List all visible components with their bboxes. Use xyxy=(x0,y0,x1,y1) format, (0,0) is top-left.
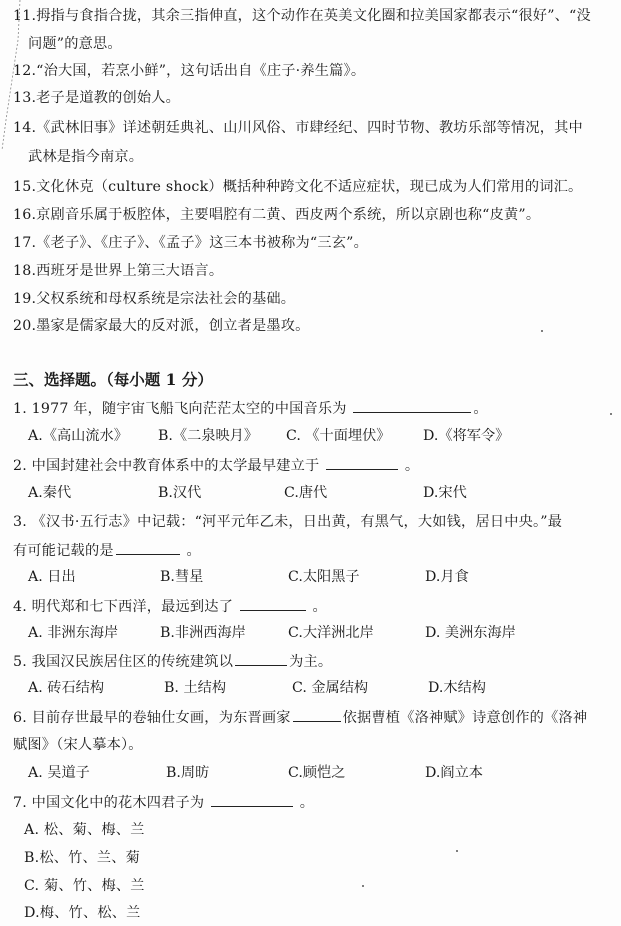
item-text: 父权系统和母权系统是宗法社会的基础。 xyxy=(36,291,295,307)
question-number: 2. xyxy=(13,458,27,474)
option-d[interactable]: D.月食 xyxy=(425,567,469,587)
option-b[interactable]: B.周昉 xyxy=(166,763,209,783)
question-stem-after: 依据曹植《洛神赋》诗意创作的《洛神 xyxy=(343,710,588,726)
mc-7-option-a[interactable]: A. 松、菊、梅、兰 xyxy=(24,820,145,840)
answer-blank[interactable] xyxy=(240,596,306,611)
item-text: 西班牙是世界上第三大语言。 xyxy=(36,263,223,279)
question-number: 1. xyxy=(13,401,27,417)
mc-question-1: 1. 1977 年，随宇宙飞船飞向茫茫太空的中国音乐为 。 xyxy=(13,398,488,419)
option-a[interactable]: A. 吴道子 xyxy=(28,763,90,783)
option-a[interactable]: A.《高山流水》 xyxy=(28,426,128,446)
option-c[interactable]: C.唐代 xyxy=(284,483,327,503)
answer-blank[interactable] xyxy=(211,792,293,807)
mc-7-option-c[interactable]: C. 菊、竹、梅、兰 xyxy=(24,876,145,896)
item-number: 19. xyxy=(13,291,36,307)
mc-7-option-d[interactable]: D.梅、竹、松、兰 xyxy=(24,903,141,923)
question-number: 3. xyxy=(13,514,27,530)
stem-end: 。 xyxy=(473,401,487,417)
scan-speck xyxy=(362,885,364,887)
answer-blank[interactable] xyxy=(235,651,287,666)
mc-question-4: 4. 明代郑和七下西洋，最远到达了 。 xyxy=(13,596,327,617)
item-text: 问题”的意思。 xyxy=(28,36,122,52)
question-stem: 1977 年，随宇宙飞船飞向茫茫太空的中国音乐为 xyxy=(32,401,347,417)
scan-speck xyxy=(456,850,458,852)
option-b[interactable]: B. 土结构 xyxy=(164,678,226,698)
answer-blank[interactable] xyxy=(116,540,180,555)
mc-question-3: 3. 《汉书·五行志》中记载：“河平元年乙未，日出黄，有黑气，大如钱，居日中央。… xyxy=(13,512,562,532)
item-text: 拇指与食指合拢，其余三指伸直，这个动作在英美文化圈和拉美国家都表示“很好”、“没 xyxy=(36,8,591,24)
question-stem: 有可能记载的是 xyxy=(13,543,114,559)
tf-item-16: 16.京剧音乐属于板腔体，主要唱腔有二黄、西皮两个系统，所以京剧也称“皮黄”。 xyxy=(13,205,540,225)
option-c[interactable]: C. 《十面埋伏》 xyxy=(286,426,391,446)
question-stem: 我国汉民族居住区的传统建筑以 xyxy=(32,654,233,670)
mc-7-option-b[interactable]: B.松、竹、兰、菊 xyxy=(24,848,140,868)
mc-question-2: 2. 中国封建社会中教育体系中的太学最早建立于 。 xyxy=(13,455,419,476)
item-number: 16. xyxy=(13,207,36,223)
question-number: 5. xyxy=(13,654,27,670)
stem-end: 。 xyxy=(405,458,419,474)
item-text: 武林是指今南京。 xyxy=(28,149,143,165)
stem-end: 为主。 xyxy=(289,654,332,670)
item-text: 文化休克（culture shock）概括种种跨文化不适应症状，现已成为人们常用… xyxy=(36,179,582,195)
stem-end: 。 xyxy=(313,599,327,615)
option-a[interactable]: A.秦代 xyxy=(28,483,71,503)
option-b[interactable]: B.彗星 xyxy=(160,567,203,587)
mc-question-6-cont: 赋图》（宋人摹本）。 xyxy=(13,735,143,755)
item-number: 18. xyxy=(13,263,36,279)
question-stem: 中国文化中的花木四君子为 xyxy=(32,795,205,811)
option-a[interactable]: A. 日出 xyxy=(28,567,76,587)
scan-speck xyxy=(610,413,612,415)
tf-item-11: 11.拇指与食指合拢，其余三指伸直，这个动作在英美文化圈和拉美国家都表示“很好”… xyxy=(13,6,591,26)
tf-item-12: 12.“治大国，若烹小鲜”，这句话出自《庄子·养生篇》。 xyxy=(13,61,365,81)
tf-item-17: 17.《老子》、《庄子》、《孟子》这三本书被称为“三玄”。 xyxy=(13,233,368,253)
item-number: 17. xyxy=(13,235,36,251)
answer-blank[interactable] xyxy=(293,707,341,722)
item-number: 13. xyxy=(13,90,36,106)
mc-question-6: 6. 目前存世最早的卷轴仕女画，为东晋画家依据曹植《洛神赋》诗意创作的《洛神 xyxy=(13,707,587,728)
item-text: 墨家是儒家最大的反对派，创立者是墨攻。 xyxy=(36,318,309,334)
question-stem: 明代郑和七下西洋，最远到达了 xyxy=(32,599,233,615)
tf-item-13: 13.老子是道教的创始人。 xyxy=(13,88,180,108)
section-title-multiple-choice: 三、选择题。（每小题 1 分） xyxy=(13,369,213,391)
option-d[interactable]: D.宋代 xyxy=(423,483,467,503)
question-stem: 中国封建社会中教育体系中的太学最早建立于 xyxy=(32,458,320,474)
tf-item-19: 19.父权系统和母权系统是宗法社会的基础。 xyxy=(13,289,295,309)
mc-question-3-cont: 有可能记载的是 。 xyxy=(13,540,201,561)
item-text: “治大国，若烹小鲜”，这句话出自《庄子·养生篇》。 xyxy=(36,63,365,79)
option-d[interactable]: D.阎立本 xyxy=(425,763,483,783)
item-text: 《武林旧事》详述朝廷典礼、山川风俗、市肆经纪、四时节物、教坊乐部等情况，其中 xyxy=(36,120,583,136)
tf-item-14-cont: 武林是指今南京。 xyxy=(28,147,143,167)
option-c[interactable]: C.太阳黑子 xyxy=(288,567,360,587)
item-number: 14. xyxy=(13,120,36,136)
answer-blank[interactable] xyxy=(326,455,398,470)
option-c[interactable]: C.大洋洲北岸 xyxy=(288,623,374,643)
option-b[interactable]: B.《二泉映月》 xyxy=(158,426,258,446)
question-stem: 赋图》（宋人摹本）。 xyxy=(13,737,143,753)
tf-item-14: 14.《武林旧事》详述朝廷典礼、山川风俗、市肆经纪、四时节物、教坊乐部等情况，其… xyxy=(13,118,583,138)
tf-item-20: 20.墨家是儒家最大的反对派，创立者是墨攻。 xyxy=(13,316,310,336)
question-stem: 目前存世最早的卷轴仕女画，为东晋画家 xyxy=(32,710,291,726)
tf-item-11-cont: 问题”的意思。 xyxy=(28,34,122,54)
question-number: 6. xyxy=(13,710,27,726)
tf-item-15: 15.文化休克（culture shock）概括种种跨文化不适应症状，现已成为人… xyxy=(13,177,582,197)
item-text: 京剧音乐属于板腔体，主要唱腔有二黄、西皮两个系统，所以京剧也称“皮黄”。 xyxy=(36,207,540,223)
option-b[interactable]: B.汉代 xyxy=(158,483,201,503)
item-number: 12. xyxy=(13,63,36,79)
exam-page: 11.拇指与食指合拢，其余三指伸直，这个动作在英美文化圈和拉美国家都表示“很好”… xyxy=(0,0,621,926)
option-d[interactable]: D. 美洲东海岸 xyxy=(425,623,516,643)
stem-end: 。 xyxy=(300,795,314,811)
item-number: 11. xyxy=(13,8,36,24)
option-b[interactable]: B.非洲西海岸 xyxy=(160,623,246,643)
tf-item-18: 18.西班牙是世界上第三大语言。 xyxy=(13,261,223,281)
item-text: 老子是道教的创始人。 xyxy=(36,90,180,106)
item-text: 《老子》、《庄子》、《孟子》这三本书被称为“三玄”。 xyxy=(36,235,368,251)
item-number: 15. xyxy=(13,179,36,195)
stem-end: 。 xyxy=(186,543,200,559)
option-c[interactable]: C. 金属结构 xyxy=(292,678,368,698)
question-stem: 《汉书·五行志》中记载：“河平元年乙未，日出黄，有黑气，大如钱，居日中央。”最 xyxy=(32,514,562,530)
scan-speck xyxy=(541,330,543,332)
option-a[interactable]: A. 砖石结构 xyxy=(28,678,104,698)
mc-question-7: 7. 中国文化中的花木四君子为 。 xyxy=(13,792,314,813)
item-number: 20. xyxy=(13,318,36,334)
answer-blank[interactable] xyxy=(353,398,471,413)
question-number: 7. xyxy=(13,795,27,811)
question-number: 4. xyxy=(13,599,27,615)
mc-question-5: 5. 我国汉民族居住区的传统建筑以为主。 xyxy=(13,651,332,672)
option-a[interactable]: A. 非洲东海岸 xyxy=(28,623,118,643)
option-d[interactable]: D.木结构 xyxy=(428,678,486,698)
option-c[interactable]: C.顾恺之 xyxy=(288,763,345,783)
option-d[interactable]: D.《将军令》 xyxy=(423,426,509,446)
